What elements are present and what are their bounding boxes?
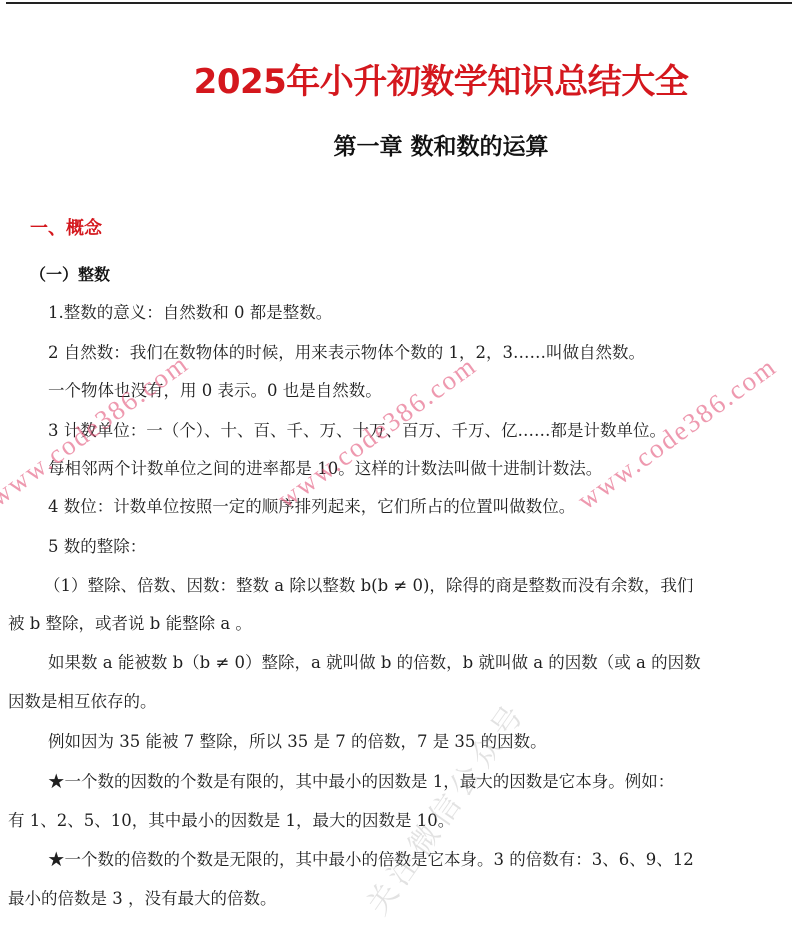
paragraph-line: 被 b 整除，或者说 b 能整除 a 。 [8,614,252,634]
paragraph-line: （1）整除、倍数、因数：整数 a 除以整数 b(b ≠ 0)，除得的商是整数而没… [44,576,693,596]
paragraph-line: 5 数的整除： [48,537,146,557]
paragraph-line: 如果数 a 能被数 b（b ≠ 0）整除，a 就叫做 b 的倍数，b 就叫做 a… [48,653,701,673]
paragraph-line: 有 1、2、5、10，其中最小的因数是 1，最大的因数是 10。 [8,811,454,831]
star-note-line: ★一个数的因数的个数是有限的，其中最小的因数是 1，最大的因数是它本身。例如： [48,772,674,792]
paragraph-line: 4 数位：计数单位按照一定的顺序排列起来，它们所占的位置叫做数位。 [48,497,575,517]
paragraph-line: 一个物体也没有，用 0 表示。0 也是自然数。 [48,381,382,401]
document-title: 2025年小升初数学知识总结大全 [0,54,792,103]
paragraph-line: 例如因为 35 能被 7 整除，所以 35 是 7 的倍数，7 是 35 的因数… [48,732,547,752]
paragraph-line: 最小的倍数是 3 ，没有最大的倍数。 [8,889,277,909]
subsection-heading: （一）整数 [30,262,110,285]
paragraph-line: 因数是相互依存的。 [8,692,157,712]
paragraph-line: 3 计数单位：一（个）、十、百、千、万、十万、百万、千万、亿……都是计数单位。 [48,421,666,441]
top-rule [6,2,792,4]
wechat-watermark: 关注微信公众号 [354,690,535,922]
paragraph-line: 1.整数的意义：自然数和 0 都是整数。 [48,303,332,323]
star-note-line: ★一个数的倍数的个数是无限的，其中最小的倍数是它本身。3 的倍数有：3、6、9、… [48,850,694,870]
chapter-title: 第一章 数和数的运算 [0,128,792,161]
paragraph-line: 每相邻两个计数单位之间的进率都是 10。这样的计数法叫做十进制计数法。 [48,459,602,479]
section-heading: 一、概念 [30,214,102,240]
paragraph-line: 2 自然数：我们在数物体的时候，用来表示物体个数的 1，2，3……叫做自然数。 [48,343,645,363]
